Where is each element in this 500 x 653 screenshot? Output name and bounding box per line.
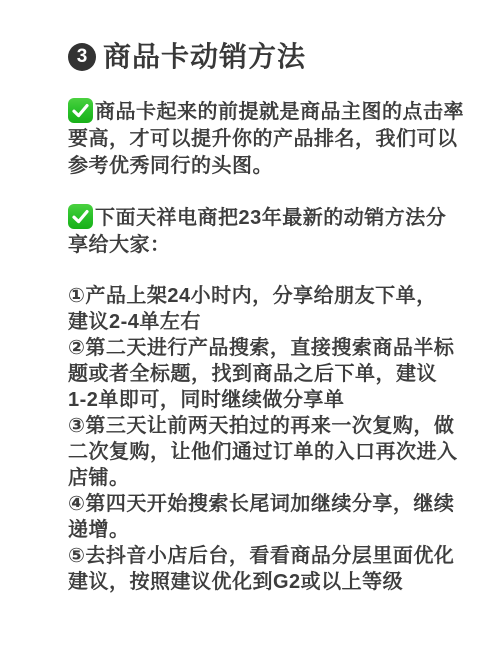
step-item-2: ②第二天进行产品搜索，直接搜索商品半标 题或者全标题，找到商品之后下单，建议 1…	[68, 335, 472, 413]
note-page: 3 商品卡动销方法 商品卡起来的前提就是商品主图的点击率 要高，才可以提升你的产…	[0, 0, 500, 653]
step-item-1: ①产品上架24小时内，分享给朋友下单， 建议2-4单左右	[68, 283, 472, 335]
paragraph-text: 商品卡起来的前提就是商品主图的点击率 要高，才可以提升你的产品排名，我们可以 参…	[68, 101, 464, 177]
check-emoji-icon	[68, 204, 93, 229]
page-title-text: 商品卡动销方法	[103, 42, 306, 72]
paragraph-text: 下面天祥电商把23年最新的动销方法分 享给大家：	[68, 207, 446, 256]
step-item-5: ⑤去抖音小店后台，看看商品分层里面优化 建议，按照建议优化到G2或以上等级	[68, 543, 472, 595]
steps-list: ①产品上架24小时内，分享给朋友下单， 建议2-4单左右 ②第二天进行产品搜索，…	[68, 283, 472, 595]
circled-3-badge: 3	[68, 43, 96, 71]
check-emoji-icon	[68, 98, 93, 123]
step-item-4: ④第四天开始搜索长尾词加继续分享，继续 递增。	[68, 491, 472, 543]
page-title: 3 商品卡动销方法	[68, 42, 472, 72]
step-item-3: ③第三天让前两天拍过的再来一次复购，做 二次复购，让他们通过订单的入口再次进入 …	[68, 413, 472, 491]
intro-paragraph-2: 下面天祥电商把23年最新的动销方法分 享给大家：	[68, 204, 472, 259]
intro-paragraph-1: 商品卡起来的前提就是商品主图的点击率 要高，才可以提升你的产品排名，我们可以 参…	[68, 98, 472, 180]
